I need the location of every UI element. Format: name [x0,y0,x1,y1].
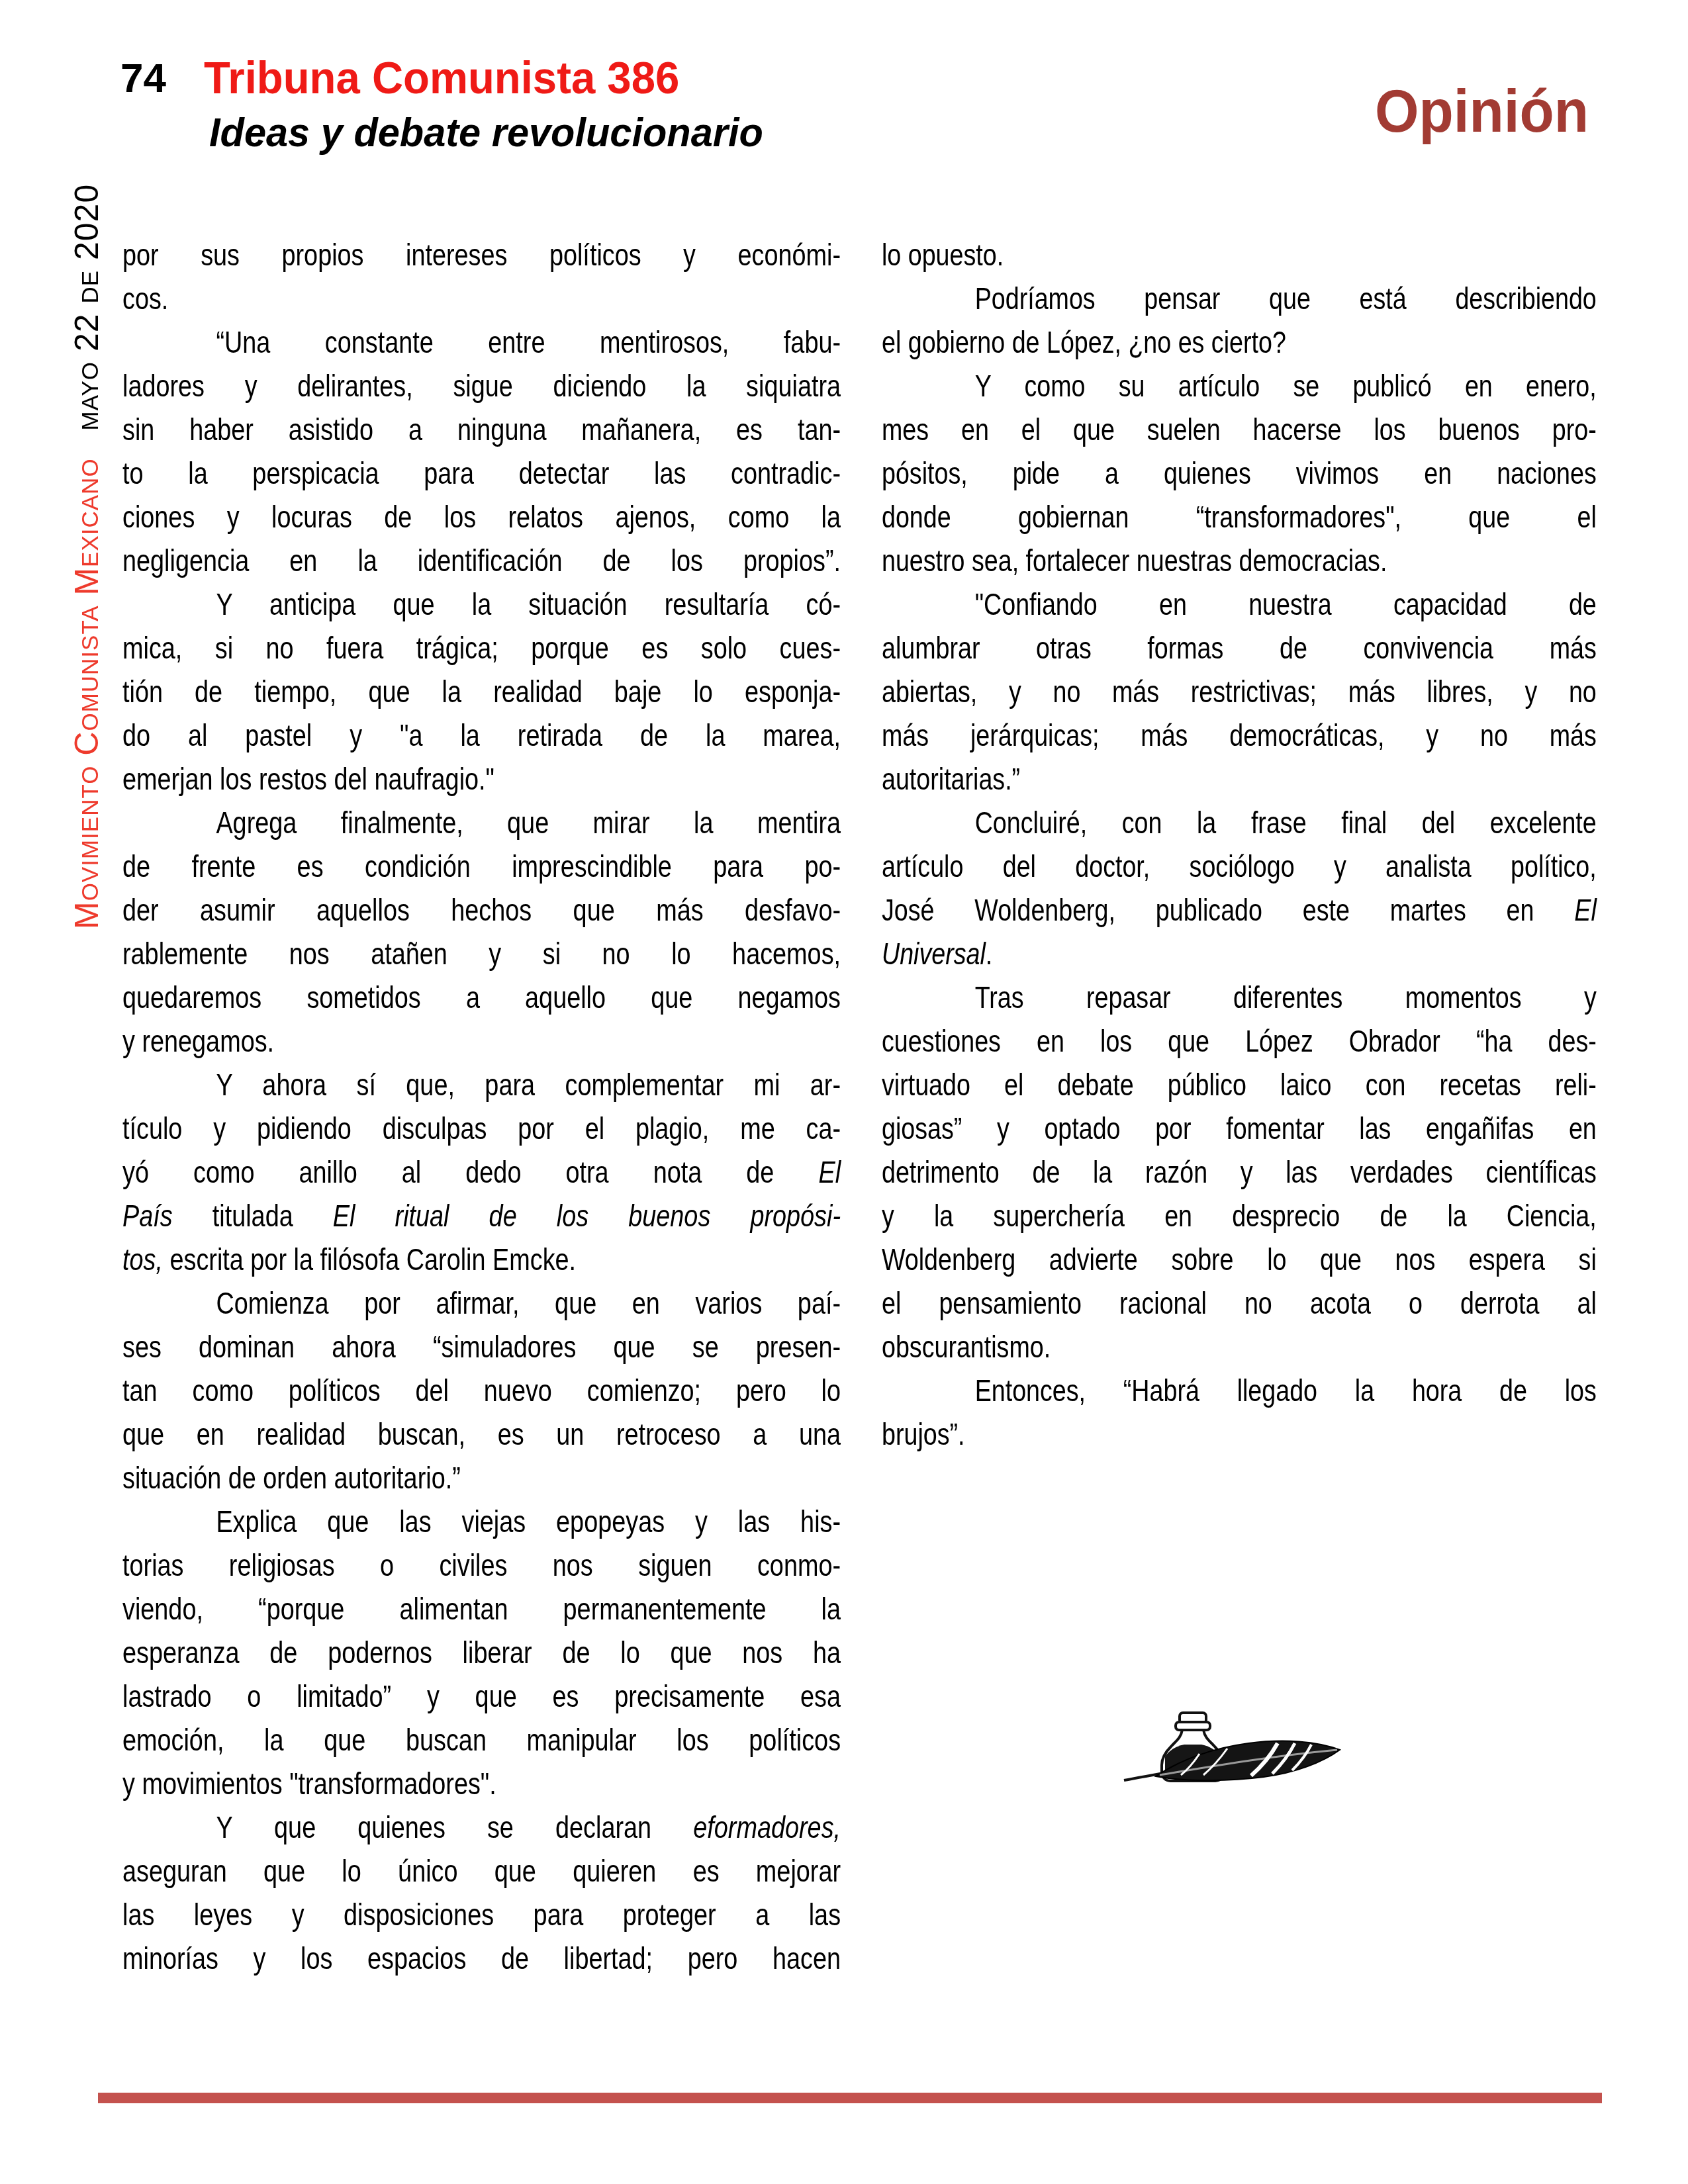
text-run: las leyes y disposiciones para proteger … [122,1897,841,1932]
text-line: situación de orden autoritario.” [122,1456,841,1500]
text-line: Y que quienes se declaran eformadores, [122,1805,841,1849]
text-run: escrita por la filósofa Carolin Emcke. [163,1242,576,1277]
article-column-right: lo opuesto.Podríamos pensar que está des… [882,233,1597,1456]
text-run: alumbrar otras formas de convivencia más [882,631,1597,665]
text-run: ses dominan ahora “simuladores que se pr… [122,1330,841,1364]
text-line: cuestiones en los que López Obrador “ha … [882,1019,1597,1063]
page-number: 74 [120,58,166,99]
text-run: virtuado el debate público laico con rec… [882,1068,1597,1102]
article-column-left: por sus propios intereses políticos y ec… [122,233,841,1980]
text-run: obscurantismo. [882,1330,1051,1364]
text-run: y la superchería en desprecio de la Cien… [882,1199,1597,1233]
text-run: negligencia en la identificación de los … [122,543,841,578]
text-line: cos. [122,277,841,320]
text-line: "Confiando en nuestra capacidad de [882,582,1597,626]
text-run: aseguran que lo único que quieren es mej… [122,1854,841,1888]
text-run: pósitos, pide a quienes vivimos en nacio… [882,456,1597,490]
text-line: tos, escrita por la filósofa Carolin Emc… [122,1238,841,1281]
text-run: Tras repasar diferentes momentos y [975,980,1597,1015]
text-run: emerjan los restos del naufragio." [122,762,494,796]
text-run: José Woldenberg, publicado este martes e… [882,893,1574,927]
text-run: ciones y locuras de los relatos ajenos, … [122,500,841,534]
text-run: “Una constante entre mentirosos, fabu- [216,325,841,359]
masthead-title: Tribuna Comunista 386 [204,56,679,101]
text-run: tan como políticos del nuevo comienzo; p… [122,1373,841,1408]
text-line: Y anticipa que la situación resultaría c… [122,582,841,626]
text-line: Tras repasar diferentes momentos y [882,976,1597,1019]
italic-text-run: El ritual de los buenos propósi- [333,1199,841,1233]
text-line: tículo y pidiendo disculpas por el plagi… [122,1107,841,1150]
text-line: pósitos, pide a quienes vivimos en nacio… [882,451,1597,495]
text-line: to la perspicacia para detectar las cont… [122,451,841,495]
text-run: der asumir aquellos hechos que más desfa… [122,893,841,927]
text-line: mes en el que suelen hacerse los buenos … [882,408,1597,451]
text-run: de frente es condición imprescindible pa… [122,849,841,884]
text-run: detrimento de la razón y las verdades ci… [882,1155,1597,1189]
text-run: mica, si no fuera trágica; porque es sol… [122,631,841,665]
text-line: “Una constante entre mentirosos, fabu- [122,320,841,364]
text-run: Entonces, “Habrá llegado la hora de los [975,1373,1597,1408]
text-line: minorías y los espacios de libertad; per… [122,1936,841,1980]
text-line: brujos”. [882,1412,1597,1456]
text-line: y la superchería en desprecio de la Cien… [882,1194,1597,1238]
text-run: ladores y delirantes, sigue diciendo la … [122,369,841,403]
text-line: lo opuesto. [882,233,1597,277]
text-run: esperanza de podernos liberar de lo que … [122,1635,841,1670]
text-line: donde gobiernan “transformadores", que e… [882,495,1597,539]
text-run: lo opuesto. [882,238,1004,272]
text-run: "Confiando en nuestra capacidad de [975,587,1597,621]
text-line: ladores y delirantes, sigue diciendo la … [122,364,841,408]
italic-text-run: Universal [882,936,986,971]
inkwell-quill-illustration [1121,1710,1344,1790]
text-line: el gobierno de López, ¿no es cierto? [882,320,1597,364]
text-run: y movimientos "transformadores". [122,1766,496,1801]
text-run: lastrado o limitado” y que es precisamen… [122,1679,841,1713]
text-line: negligencia en la identificación de los … [122,539,841,582]
text-run: viendo, “porque alimentan permanentement… [122,1592,841,1626]
text-line: Concluiré, con la frase final del excele… [882,801,1597,844]
text-run: . [986,936,992,971]
text-line: autoritarias.” [882,757,1597,801]
text-run: y renegamos. [122,1024,274,1058]
text-line: tión de tiempo, que la realidad baje lo … [122,670,841,713]
text-run: Agrega finalmente, que mirar la mentira [216,805,841,840]
italic-text-run: El [1574,893,1596,927]
text-line: ciones y locuras de los relatos ajenos, … [122,495,841,539]
section-title: Opinión [1274,82,1589,142]
text-line: Y ahora sí que, para complementar mi ar- [122,1063,841,1107]
text-line: y renegamos. [122,1019,841,1063]
text-run: do al pastel y "a la retirada de la mare… [122,718,841,752]
text-line: las leyes y disposiciones para proteger … [122,1893,841,1936]
text-line: Woldenberg advierte sobre lo que nos esp… [882,1238,1597,1281]
text-line: tan como políticos del nuevo comienzo; p… [122,1369,841,1412]
text-line: mica, si no fuera trágica; porque es sol… [122,626,841,670]
text-run: minorías y los espacios de libertad; per… [122,1941,841,1976]
text-run: el pensamiento racional no acota o derro… [882,1286,1597,1320]
text-run: cos. [122,281,168,316]
text-line: quedaremos sometidos a aquello que negam… [122,976,841,1019]
text-run: yó como anillo al dedo otra nota de [122,1155,818,1189]
text-line: obscurantismo. [882,1325,1597,1369]
text-run: Woldenberg advierte sobre lo que nos esp… [882,1242,1597,1277]
text-line: torias religiosas o civiles nos siguen c… [122,1543,841,1587]
text-line: de frente es condición imprescindible pa… [122,844,841,888]
text-line: rablemente nos atañen y si no lo hacemos… [122,932,841,976]
text-line: Comienza por afirmar, que en varios paí- [122,1281,841,1325]
text-line: José Woldenberg, publicado este martes e… [882,888,1597,932]
italic-text-run: País [122,1199,173,1233]
footer-rule [98,2093,1602,2103]
text-line: Entonces, “Habrá llegado la hora de los [882,1369,1597,1412]
text-line: der asumir aquellos hechos que más desfa… [122,888,841,932]
text-run: Explica que las viejas epopeyas y las hi… [216,1504,841,1539]
text-run: autoritarias.” [882,762,1020,796]
text-run: torias religiosas o civiles nos siguen c… [122,1548,841,1582]
text-run: rablemente nos atañen y si no lo hacemos… [122,936,841,971]
text-run: cuestiones en los que López Obrador “ha … [882,1024,1597,1058]
text-run: situación de orden autoritario.” [122,1461,461,1495]
text-run: Podríamos pensar que está describiendo [975,281,1597,316]
text-line: más jerárquicas; más democráticas, y no … [882,713,1597,757]
text-run: Y como su artículo se publicó en enero, [975,369,1597,403]
text-run: sin haber asistido a ninguna mañanera, e… [122,412,841,447]
text-line: y movimientos "transformadores". [122,1762,841,1805]
text-run: giosas” y optado por fomentar las engañi… [882,1111,1597,1146]
text-line: Explica que las viejas epopeyas y las hi… [122,1500,841,1543]
text-line: Podríamos pensar que está describiendo [882,277,1597,320]
masthead-subtitle: Ideas y debate revolucionario [209,113,763,154]
text-line: Agrega finalmente, que mirar la mentira [122,801,841,844]
sidebar-organization: Movimiento Comunista Mexicano [68,458,105,929]
text-run: titulada [173,1199,333,1233]
text-line: alumbrar otras formas de convivencia más [882,626,1597,670]
text-line: virtuado el debate público laico con rec… [882,1063,1597,1107]
text-line: abiertas, y no más restrictivas; más lib… [882,670,1597,713]
text-run: Comienza por afirmar, que en varios paí- [216,1286,841,1320]
text-line: ses dominan ahora “simuladores que se pr… [122,1325,841,1369]
text-line: emerjan los restos del naufragio." [122,757,841,801]
text-line: detrimento de la razón y las verdades ci… [882,1150,1597,1194]
text-line: nuestro sea, fortalecer nuestras democra… [882,539,1597,582]
text-line: giosas” y optado por fomentar las engañi… [882,1107,1597,1150]
text-run: que en realidad buscan, es un retroceso … [122,1417,841,1451]
text-line: sin haber asistido a ninguna mañanera, e… [122,408,841,451]
text-run: quedaremos sometidos a aquello que negam… [122,980,841,1015]
italic-text-run: El [818,1155,841,1189]
text-run: Concluiré, con la frase final del excele… [975,805,1597,840]
text-line: Y como su artículo se publicó en enero, [882,364,1597,408]
text-run: abiertas, y no más restrictivas; más lib… [882,674,1597,709]
italic-text-run: tos, [122,1242,163,1277]
text-run: Y anticipa que la situación resultaría c… [216,587,841,621]
text-line: Universal. [882,932,1597,976]
italic-text-run: eformadores, [693,1810,841,1844]
text-line: emoción, la que buscan manipular los pol… [122,1718,841,1762]
text-line: el pensamiento racional no acota o derro… [882,1281,1597,1325]
text-line: lastrado o limitado” y que es precisamen… [122,1674,841,1718]
magazine-page: 74 Tribuna Comunista 386 Ideas y debate … [0,0,1688,2184]
text-line: artículo del doctor, sociólogo y analist… [882,844,1597,888]
quill-feather-icon [1124,1741,1340,1781]
text-run: artículo del doctor, sociólogo y analist… [882,849,1597,884]
text-run: donde gobiernan “transformadores", que e… [882,500,1597,534]
text-line: viendo, “porque alimentan permanentement… [122,1587,841,1631]
text-run: to la perspicacia para detectar las cont… [122,456,841,490]
text-run: emoción, la que buscan manipular los pol… [122,1723,841,1757]
text-line: aseguran que lo único que quieren es mej… [122,1849,841,1893]
text-line: por sus propios intereses políticos y ec… [122,233,841,277]
text-run: mes en el que suelen hacerse los buenos … [882,412,1597,447]
sidebar-date: mayo 22 de 2020 [68,184,105,431]
text-run: tión de tiempo, que la realidad baje lo … [122,674,841,709]
text-run: el gobierno de López, ¿no es cierto? [882,325,1286,359]
text-run: tículo y pidiendo disculpas por el plagi… [122,1111,841,1146]
text-line: País titulada El ritual de los buenos pr… [122,1194,841,1238]
text-line: yó como anillo al dedo otra nota de El [122,1150,841,1194]
text-run: nuestro sea, fortalecer nuestras democra… [882,543,1387,578]
text-run: por sus propios intereses políticos y ec… [122,238,841,272]
text-run: Y ahora sí que, para complementar mi ar- [216,1068,841,1102]
text-line: que en realidad buscan, es un retroceso … [122,1412,841,1456]
text-line: esperanza de podernos liberar de lo que … [122,1631,841,1674]
text-run: más jerárquicas; más democráticas, y no … [882,718,1597,752]
text-run: brujos”. [882,1417,964,1451]
sidebar-vertical-banner: Movimiento Comunista Mexicanomayo 22 de … [69,201,105,929]
text-line: do al pastel y "a la retirada de la mare… [122,713,841,757]
text-run: Y que quienes se declaran [216,1810,693,1844]
